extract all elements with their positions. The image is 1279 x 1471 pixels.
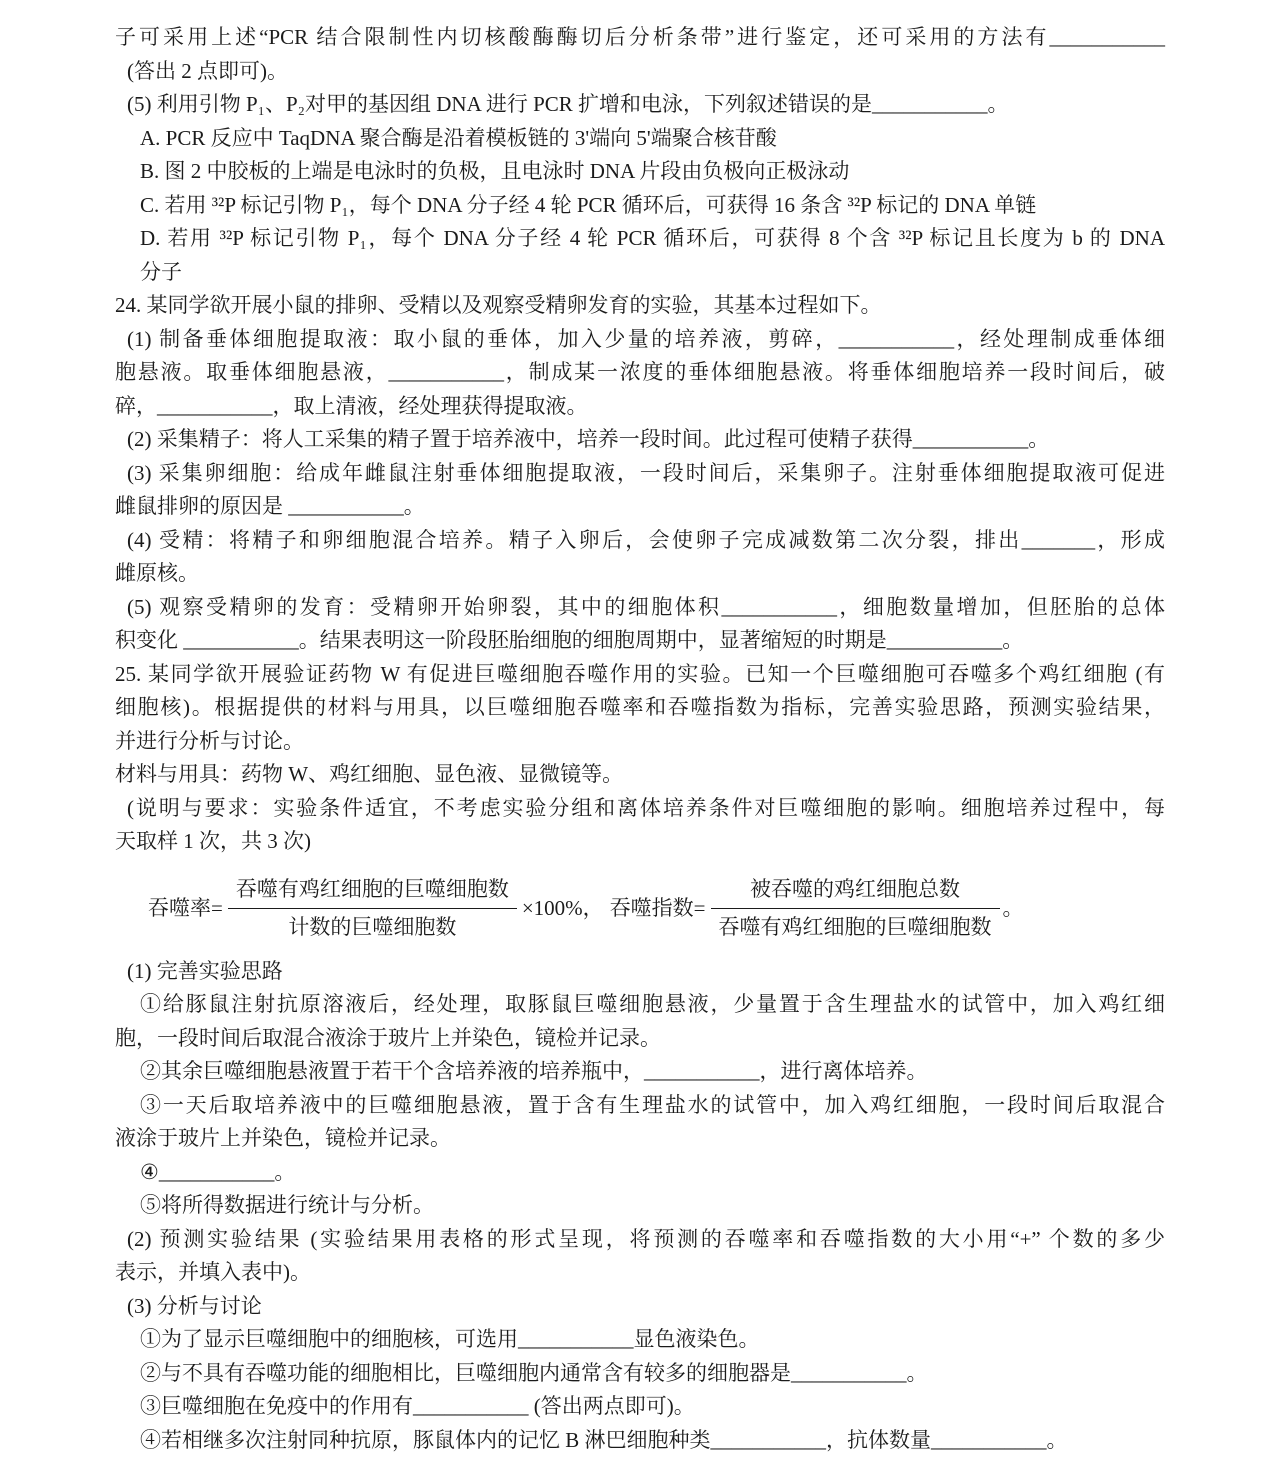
text-line: ①为了显示巨噬细胞中的细胞核，可选用___________显色液染色。 bbox=[115, 1323, 1165, 1357]
text-line: (2) 预测实验结果 (实验结果用表格的形式呈现，将预测的吞噬率和吞噬指数的大小… bbox=[115, 1223, 1165, 1257]
phagocytosis-formula: 吞噬率= 吞噬有鸡红细胞的巨噬细胞数 计数的巨噬细胞数 ×100%， 吞噬指数=… bbox=[145, 874, 1165, 943]
text-line: 材料与用具：药物 W、鸡红细胞、显色液、显微镜等。 bbox=[115, 758, 1165, 792]
text-line: 子可采用上述“PCR 结合限制性内切核酸酶酶切后分析条带”进行鉴定，还可采用的方… bbox=[115, 21, 1165, 55]
text-line: 雌鼠排卵的原因是 ___________。 bbox=[115, 490, 1165, 524]
phagocytosis-index-fraction: 被吞噬的鸡红细胞总数 吞噬有鸡红细胞的巨噬细胞数 bbox=[711, 874, 1000, 943]
index-fraction-denominator: 吞噬有鸡红细胞的巨噬细胞数 bbox=[711, 909, 1000, 943]
text-line: ④___________。 bbox=[115, 1156, 1165, 1190]
text-line: B. 图 2 中胶板的上端是电泳时的负极，且电泳时 DNA 片段由负极向正极泳动 bbox=[115, 155, 1165, 189]
text-line: 表示，并填入表中)。 bbox=[115, 1256, 1165, 1290]
text-line: A. PCR 反应中 TaqDNA 聚合酶是沿着模板链的 3'端向 5'端聚合核… bbox=[115, 122, 1165, 156]
text-line: ③一天后取培养液中的巨噬细胞悬液，置于含有生理盐水的试管中，加入鸡红细胞，一段时… bbox=[115, 1089, 1165, 1123]
text-line: ②其余巨噬细胞悬液置于若干个含培养液的培养瓶中，___________，进行离体… bbox=[115, 1055, 1165, 1089]
document-page: 子可采用上述“PCR 结合限制性内切核酸酶酶切后分析条带”进行鉴定，还可采用的方… bbox=[0, 0, 1279, 1471]
text-line: 分子 bbox=[115, 256, 1165, 290]
text-line: 25. 某同学欲开展验证药物 W 有促进巨噬细胞吞噬作用的实验。已知一个巨噬细胞… bbox=[115, 658, 1165, 692]
text-line: 细胞核)。根据提供的材料与用具，以巨噬细胞吞噬率和吞噬指数为指标，完善实验思路，… bbox=[115, 691, 1165, 725]
text-line: (5) 观察受精卵的发育：受精卵开始卵裂，其中的细胞体积___________，… bbox=[115, 591, 1165, 625]
rate-fraction-denominator: 计数的巨噬细胞数 bbox=[228, 909, 517, 943]
text-line: 胞，一段时间后取混合液涂于玻片上并染色，镜检并记录。 bbox=[115, 1022, 1165, 1056]
text-line: (2) 采集精子：将人工采集的精子置于培养液中，培养一段时间。此过程可使精子获得… bbox=[115, 423, 1165, 457]
rate-fraction-numerator: 吞噬有鸡红细胞的巨噬细胞数 bbox=[228, 874, 517, 909]
text-line: ②与不具有吞噬功能的细胞相比，巨噬细胞内通常含有较多的细胞器是_________… bbox=[115, 1357, 1165, 1391]
text-line: ⑤将所得数据进行统计与分析。 bbox=[115, 1189, 1165, 1223]
text-line: ③巨噬细胞在免疫中的作用有___________ (答出两点即可)。 bbox=[115, 1390, 1165, 1424]
times-100-percent: ×100%， bbox=[522, 893, 604, 924]
lines-after-formula: (1) 完善实验思路①给豚鼠注射抗原溶液后，经处理，取豚鼠巨噬细胞悬液，少量置于… bbox=[115, 955, 1165, 1458]
text-line: 胞悬液。取垂体细胞悬液，___________，制成某一浓度的垂体细胞悬液。将垂… bbox=[115, 356, 1165, 390]
text-line: (答出 2 点即可)。 bbox=[115, 55, 1165, 89]
lines-before-formula: 子可采用上述“PCR 结合限制性内切核酸酶酶切后分析条带”进行鉴定，还可采用的方… bbox=[115, 21, 1165, 859]
text-line: (5) 利用引物 P₁、P₂对甲的基因组 DNA 进行 PCR 扩增和电泳，下列… bbox=[115, 88, 1165, 122]
phagocytosis-rate-label: 吞噬率= bbox=[148, 893, 223, 924]
text-line: D. 若用 ³²P 标记引物 P₁，每个 DNA 分子经 4 轮 PCR 循环后… bbox=[115, 222, 1165, 256]
text-line: 碎，___________，取上清液，经处理获得提取液。 bbox=[115, 390, 1165, 424]
text-line: 雌原核。 bbox=[115, 557, 1165, 591]
text-line: (1) 完善实验思路 bbox=[115, 955, 1165, 989]
text-line: C. 若用 ³²P 标记引物 P₁，每个 DNA 分子经 4 轮 PCR 循环后… bbox=[115, 189, 1165, 223]
text-line: ①给豚鼠注射抗原溶液后，经处理，取豚鼠巨噬细胞悬液，少量置于含生理盐水的试管中，… bbox=[115, 988, 1165, 1022]
text-line: 液涂于玻片上并染色，镜检并记录。 bbox=[115, 1122, 1165, 1156]
phagocytosis-index-label: 吞噬指数= bbox=[610, 893, 706, 924]
phagocytosis-rate-fraction: 吞噬有鸡红细胞的巨噬细胞数 计数的巨噬细胞数 bbox=[228, 874, 517, 943]
formula-period: 。 bbox=[1003, 893, 1024, 924]
text-line: (4) 受精：将精子和卵细胞混合培养。精子入卵后，会使卵子完成减数第二次分裂，排… bbox=[115, 524, 1165, 558]
text-line: 天取样 1 次，共 3 次) bbox=[115, 825, 1165, 859]
text-line: (说明与要求：实验条件适宜，不考虑实验分组和离体培养条件对巨噬细胞的影响。细胞培… bbox=[115, 792, 1165, 826]
text-line: ④若相继多次注射同种抗原，豚鼠体内的记忆 B 淋巴细胞种类___________… bbox=[115, 1424, 1165, 1458]
text-line: 积变化 ___________。结果表明这一阶段胚胎细胞的细胞周期中，显著缩短的… bbox=[115, 624, 1165, 658]
exam-text-content: 子可采用上述“PCR 结合限制性内切核酸酶酶切后分析条带”进行鉴定，还可采用的方… bbox=[115, 21, 1165, 1457]
text-line: (3) 分析与讨论 bbox=[115, 1290, 1165, 1324]
text-line: (1) 制备垂体细胞提取液：取小鼠的垂体，加入少量的培养液，剪碎，_______… bbox=[115, 323, 1165, 357]
index-fraction-numerator: 被吞噬的鸡红细胞总数 bbox=[711, 874, 1000, 909]
text-line: 并进行分析与讨论。 bbox=[115, 725, 1165, 759]
text-line: (3) 采集卵细胞：给成年雌鼠注射垂体细胞提取液，一段时间后，采集卵子。注射垂体… bbox=[115, 457, 1165, 491]
text-line: 24. 某同学欲开展小鼠的排卵、受精以及观察受精卵发育的实验，其基本过程如下。 bbox=[115, 289, 1165, 323]
